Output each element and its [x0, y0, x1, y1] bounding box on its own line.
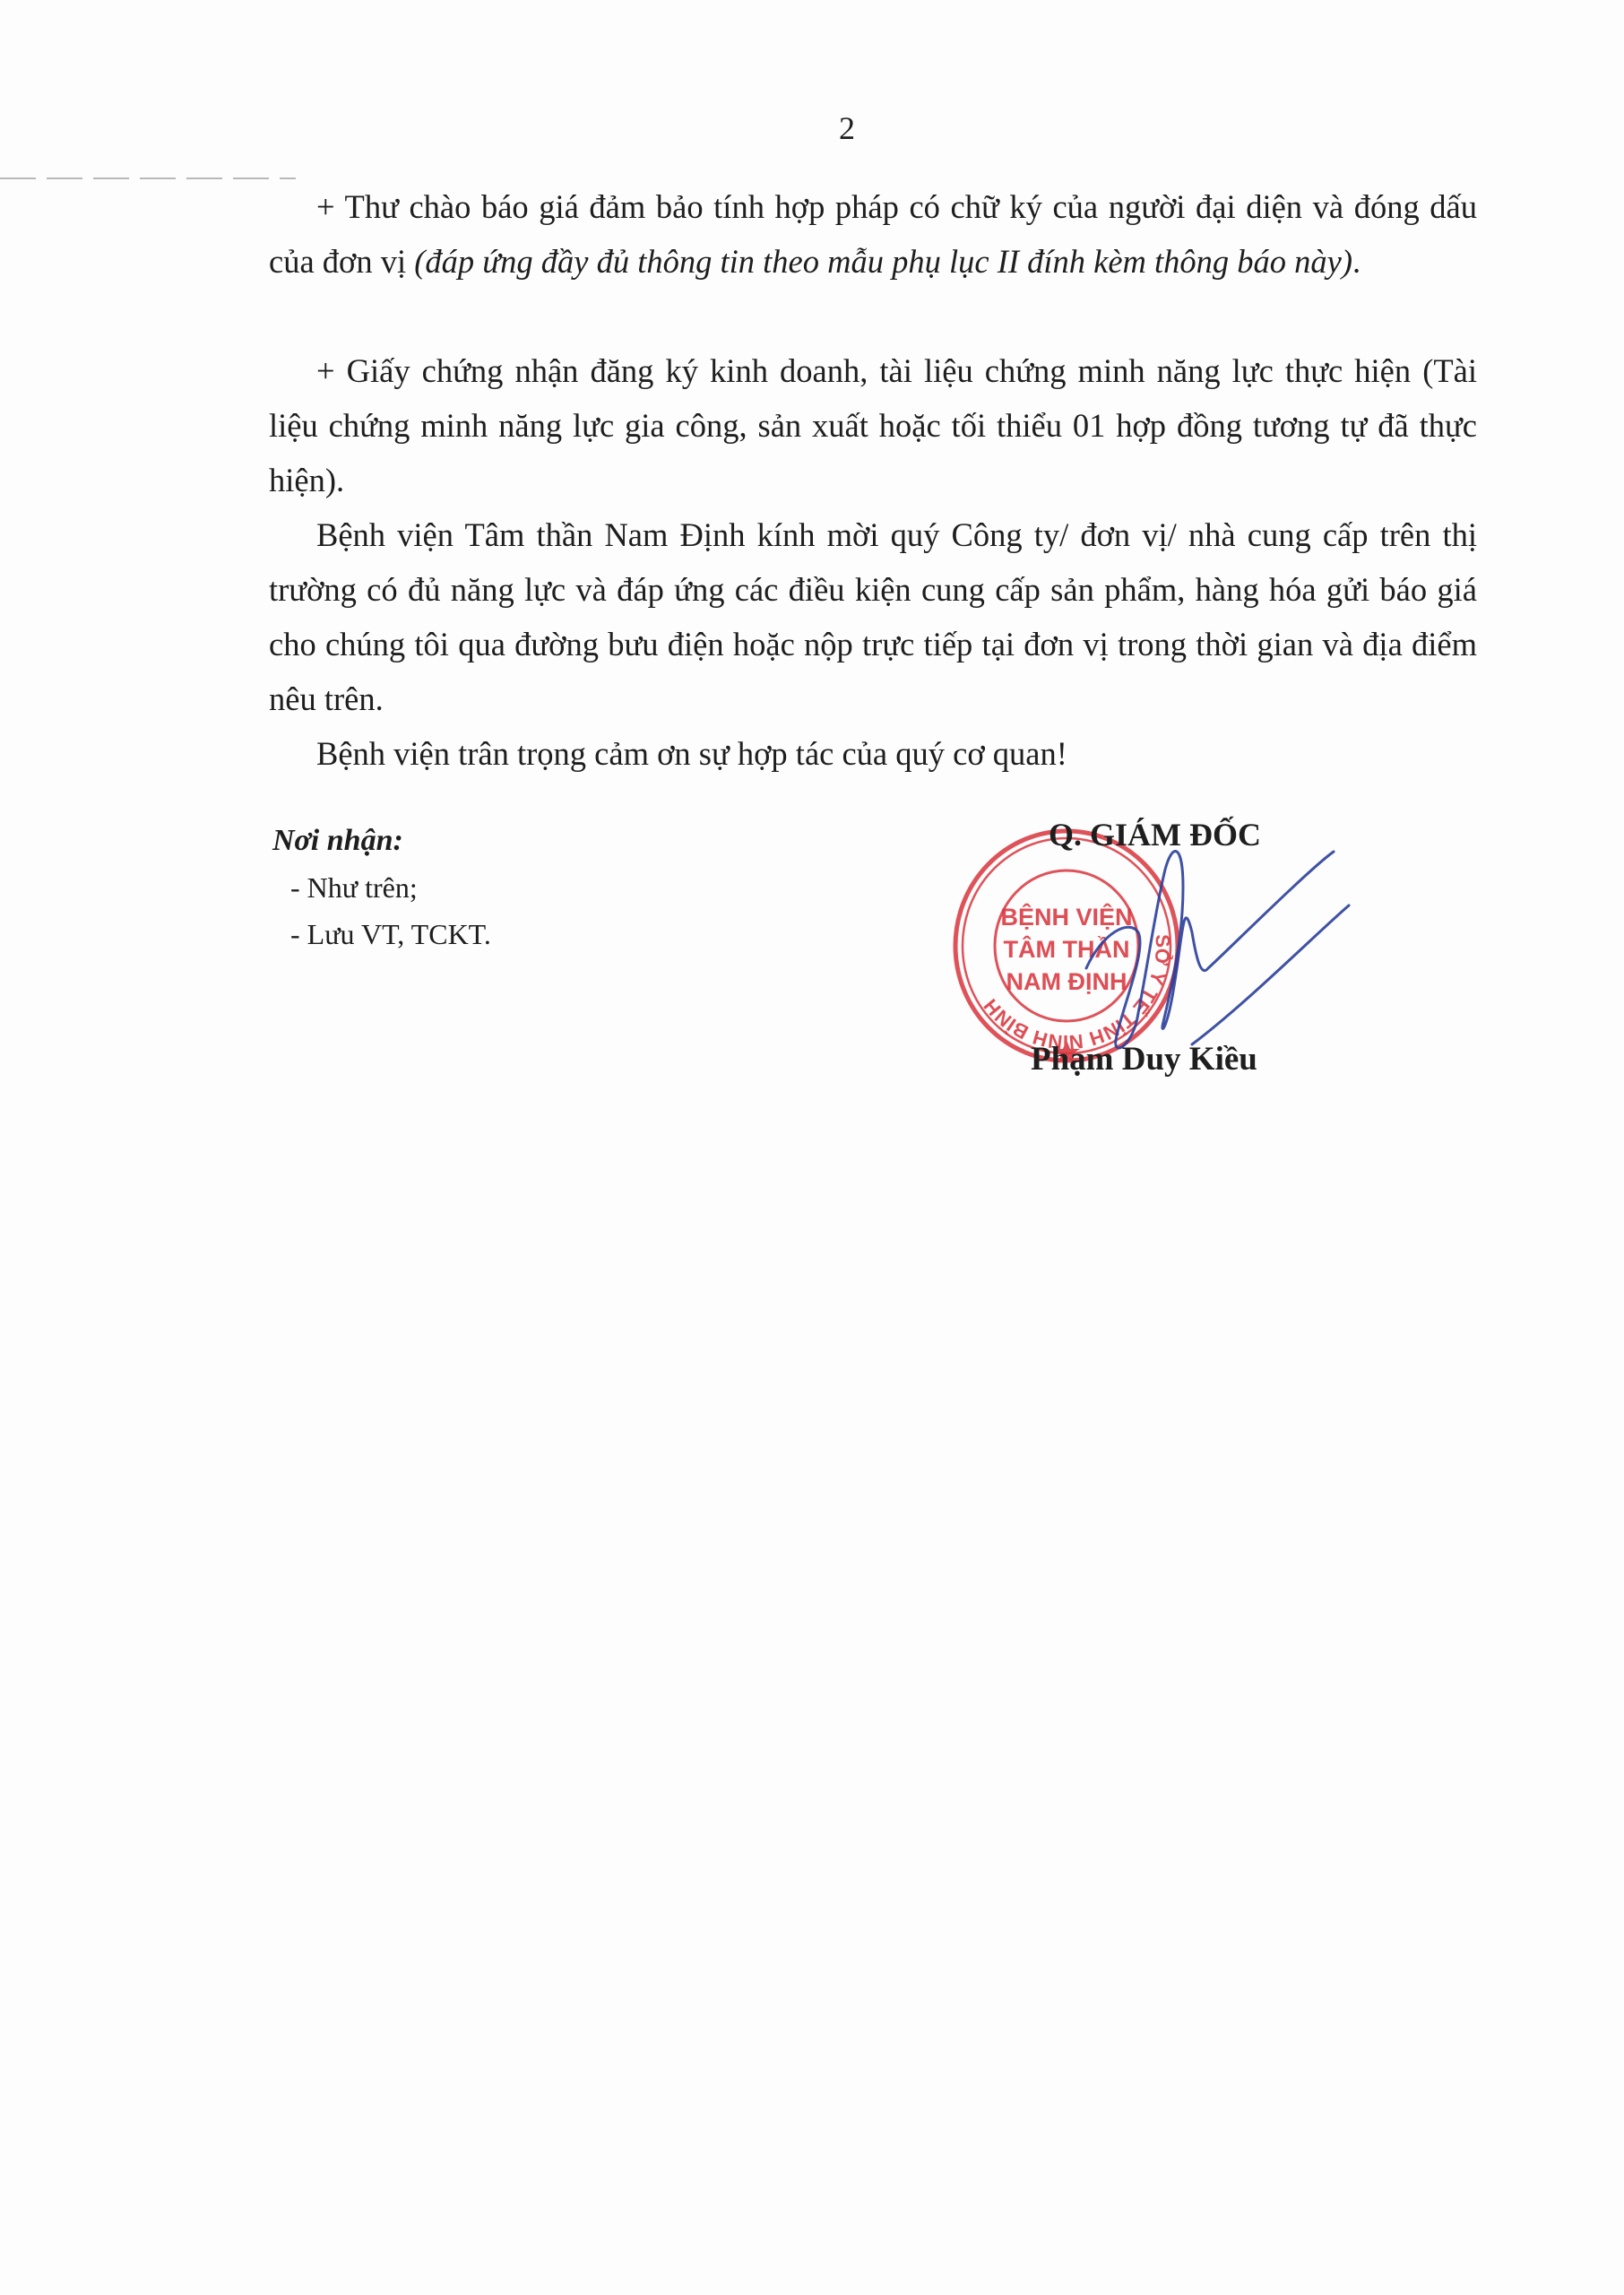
italic-text: (đáp ứng đầy đủ thông tin theo mẫu phụ l…: [414, 243, 1352, 280]
handwritten-signature-icon: [1049, 834, 1389, 1067]
paragraph-quotation-letter: + Thư chào báo giá đảm bảo tính hợp pháp…: [269, 179, 1477, 289]
recipient-item: - Lưu VT, TCKT.: [290, 911, 491, 957]
paragraph: Bệnh viện trân trọng cảm ơn sự hợp tác c…: [269, 726, 1477, 781]
paragraph: Bệnh viện Tâm thần Nam Định kính mời quý…: [269, 507, 1477, 726]
text: + Giấy chứng nhận đăng ký kinh doanh, tà…: [269, 352, 1477, 498]
text: Bệnh viện trân trọng cảm ơn sự hợp tác c…: [316, 735, 1067, 772]
text: Bệnh viện Tâm thần Nam Định kính mời quý…: [269, 516, 1477, 717]
recipients-title: Nơi nhận:: [272, 818, 491, 864]
text: .: [1352, 243, 1361, 280]
signer-name: Phạm Duy Kiều: [1031, 1040, 1257, 1078]
recipients-block: Nơi nhận: - Như trên; - Lưu VT, TCKT.: [269, 818, 491, 957]
paragraph-thanks: Bệnh viện trân trọng cảm ơn sự hợp tác c…: [269, 726, 1477, 781]
recipient-item: - Như trên;: [290, 864, 491, 911]
paragraph: + Giấy chứng nhận đăng ký kinh doanh, tà…: [269, 343, 1477, 507]
page-number: 2: [0, 109, 1624, 147]
paragraph-invitation: Bệnh viện Tâm thần Nam Định kính mời quý…: [269, 507, 1477, 726]
scan-artifact-line: [0, 178, 296, 179]
paragraph: + Thư chào báo giá đảm bảo tính hợp pháp…: [269, 179, 1477, 289]
signature-block: SỞ Y TẾ TỈNH NINH BÌNH BỆNH VIỆN TÂM THẦ…: [950, 807, 1326, 1112]
paragraph-business-license: + Giấy chứng nhận đăng ký kinh doanh, tà…: [269, 343, 1477, 507]
